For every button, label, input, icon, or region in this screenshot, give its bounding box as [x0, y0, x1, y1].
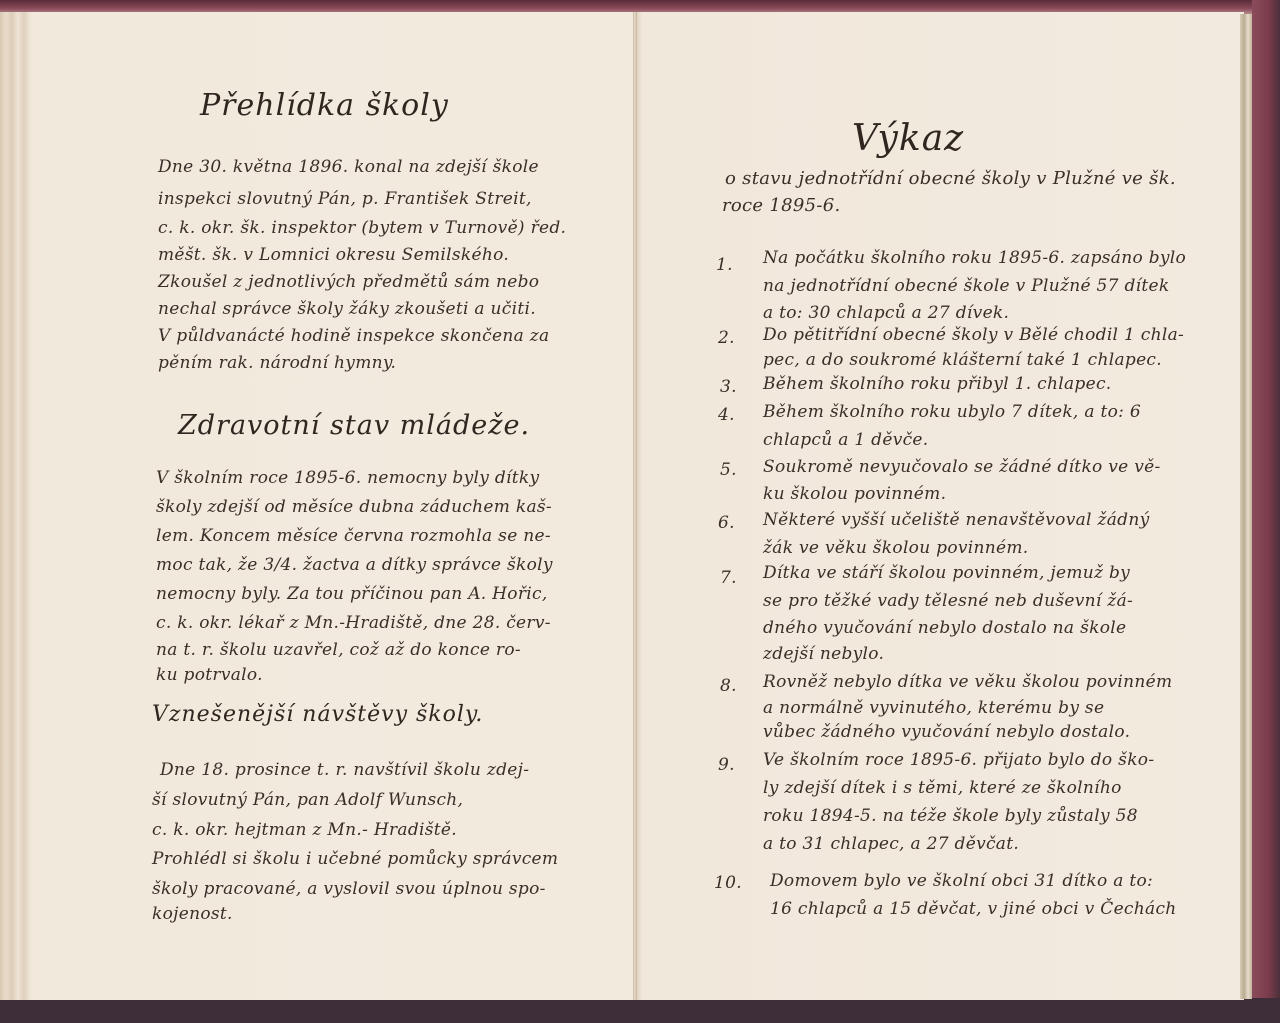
text-line: moc tak, že 3/4. žactva a dítky správce … — [156, 555, 553, 575]
item-line: Během školního roku přibyl 1. chlapec. — [763, 374, 1111, 394]
book-cover-right-edge — [1252, 0, 1280, 1023]
section-title-visits: Vznešenější návštěvy školy. — [152, 702, 483, 727]
text-line: lem. Koncem měsíce června rozmohla se ne… — [156, 526, 551, 546]
item-line: Některé vyšší učeliště nenavštěvoval žád… — [763, 510, 1150, 530]
item-line: Dítka ve stáří školou povinném, jemuž by — [763, 563, 1130, 583]
item-line: Soukromě nevyučovalo se žádné dítko ve v… — [763, 457, 1161, 477]
text-line: školy zdejší od měsíce dubna záduchem ka… — [156, 497, 552, 517]
item-number: 2. — [718, 328, 735, 348]
text-line: Zkoušel z jednotlivých předmětů sám nebo — [158, 272, 539, 292]
text-line: měšt. šk. v Lomnici okresu Semilského. — [158, 245, 509, 265]
item-line: a to: 30 chlapců a 27 dívek. — [763, 303, 1009, 323]
text-line: c. k. okr. hejtman z Mn.- Hradiště. — [152, 820, 457, 840]
text-line: kojenost. — [152, 904, 233, 924]
item-number: 6. — [718, 513, 735, 533]
report-subtitle-line: o stavu jednotřídní obecné školy v Plužn… — [725, 168, 1176, 189]
section-title-inspection: Přehlídka školy — [200, 88, 449, 123]
text-line: Dne 30. května 1896. konal na zdejší ško… — [158, 157, 539, 177]
text-line: Dne 18. prosince t. r. navštívil školu z… — [160, 760, 529, 780]
item-line: zdejší nebylo. — [763, 644, 884, 664]
text-line: inspekci slovutný Pán, p. František Stre… — [158, 189, 532, 209]
item-line: Do pětitřídní obecné školy v Bělé chodil… — [763, 325, 1184, 345]
text-line: c. k. okr. lékař z Mn.-Hradiště, dne 28.… — [156, 613, 551, 633]
book-gutter — [633, 12, 637, 1000]
item-line: ly zdejší dítek i s těmi, které ze školn… — [763, 778, 1122, 798]
text-line: V půldvanácté hodině inspekce skončena z… — [158, 326, 549, 346]
item-line: vůbec žádného vyučování nebylo dostalo. — [763, 722, 1130, 742]
item-line: žák ve věku školou povinném. — [763, 538, 1029, 558]
item-line: pec, a do soukromé klášterní také 1 chla… — [763, 350, 1162, 370]
item-line: chlapců a 1 děvče. — [763, 430, 929, 450]
report-title: Výkaz — [852, 118, 964, 159]
item-number: 10. — [714, 873, 742, 893]
text-line: Prohlédl si školu i učebné pomůcky správ… — [152, 849, 558, 869]
item-number: 1. — [716, 255, 733, 275]
item-number: 7. — [720, 568, 737, 588]
text-line: školy pracované, a vyslovil svou úplnou … — [152, 879, 546, 899]
text-line: nechal správce školy žáky zkoušeti a uči… — [158, 299, 536, 319]
item-number: 4. — [718, 405, 735, 425]
item-line: Ve školním roce 1895-6. přijato bylo do … — [763, 750, 1154, 770]
report-subtitle-line: roce 1895-6. — [722, 195, 841, 216]
text-line: c. k. okr. šk. inspektor (bytem v Turnov… — [158, 218, 566, 238]
item-number: 5. — [720, 460, 737, 480]
item-line: Během školního roku ubylo 7 dítek, a to:… — [763, 402, 1141, 422]
text-line: pěním rak. národní hymny. — [158, 353, 396, 373]
text-line: na t. r. školu uzavřel, což až do konce … — [156, 640, 521, 660]
text-line: ší slovutný Pán, pan Adolf Wunsch, — [152, 790, 463, 810]
item-line: Rovněž nebylo dítka ve věku školou povin… — [763, 672, 1172, 692]
item-line: Domovem bylo ve školní obci 31 dítko a t… — [770, 871, 1153, 891]
item-line: 16 chlapců a 15 děvčat, v jiné obci v Če… — [770, 899, 1177, 919]
item-line: na jednotřídní obecné škole v Plužné 57 … — [763, 276, 1169, 296]
page-stack-edge — [1240, 14, 1252, 999]
item-line: se pro těžké vady tělesné neb duševní žá… — [763, 591, 1133, 611]
item-line: roku 1894-5. na téže škole byly zůstaly … — [763, 806, 1138, 826]
item-line: Na počátku školního roku 1895-6. zapsáno… — [763, 248, 1186, 268]
text-line: V školním roce 1895-6. nemocny byly dítk… — [156, 468, 539, 488]
item-number: 8. — [720, 676, 737, 696]
book-cover-bottom-edge — [0, 998, 1280, 1023]
item-line: a to 31 chlapec, a 27 děvčat. — [763, 834, 1019, 854]
item-number: 3. — [720, 377, 737, 397]
text-line: nemocny byly. Za tou příčinou pan A. Hoř… — [156, 584, 548, 604]
item-line: a normálně vyvinutého, kterému by se — [763, 698, 1104, 718]
item-number: 9. — [718, 755, 735, 775]
item-line: dného vyučování nebylo dostalo na škole — [763, 618, 1126, 638]
section-title-health: Zdravotní stav mládeže. — [178, 410, 530, 441]
text-line: ku potrvalo. — [156, 665, 263, 685]
item-line: ku školou povinném. — [763, 484, 946, 504]
